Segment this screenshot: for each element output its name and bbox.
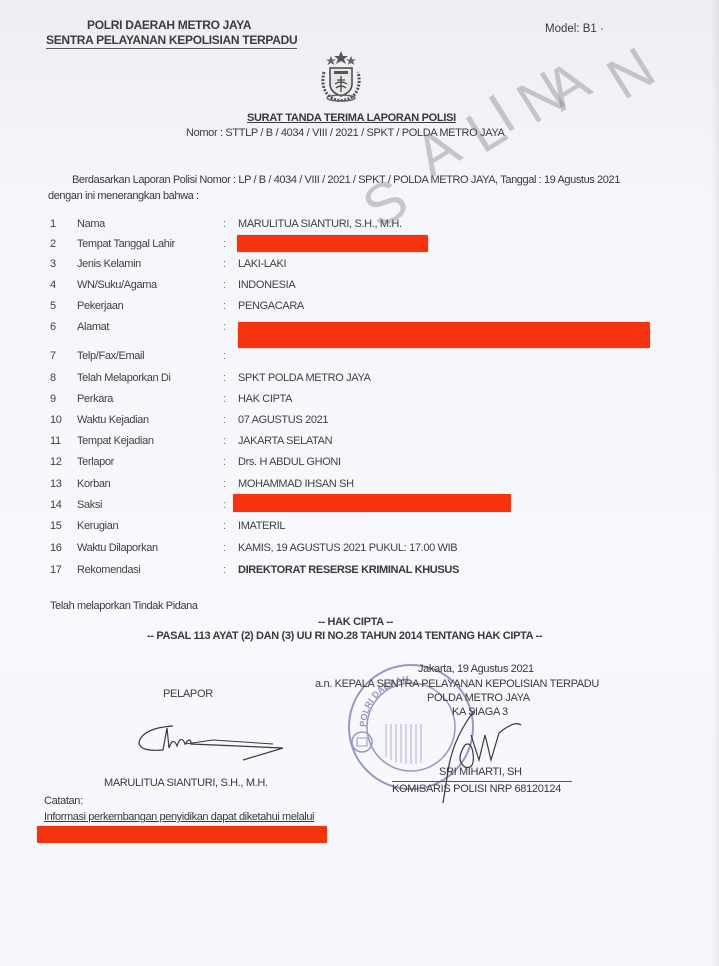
org-name-line1: POLRI DAERAH METRO JAYA bbox=[87, 18, 251, 32]
field-value: INDONESIA bbox=[238, 279, 295, 291]
field-row-tempat-kejadian: 11 Tempat Kejadian : JAKARTA SELATAN bbox=[0, 435, 719, 455]
field-value: MOHAMMAD IHSAN SH bbox=[238, 478, 354, 490]
field-value: PENGACARA bbox=[238, 300, 304, 312]
field-row-wn-suku-agama: 4 WN/Suku/Agama : INDONESIA bbox=[0, 279, 719, 299]
field-separator: : bbox=[223, 238, 226, 250]
field-value: IMATERIL bbox=[238, 520, 285, 532]
field-label: Saksi bbox=[77, 499, 102, 511]
redaction-bar-address bbox=[238, 322, 650, 348]
field-label: Telp/Fax/Email bbox=[77, 350, 144, 362]
watermark-letter: N bbox=[595, 34, 666, 113]
field-number: 17 bbox=[50, 564, 70, 576]
field-label: Kerugian bbox=[77, 520, 118, 532]
field-value: LAKI-LAKI bbox=[238, 258, 286, 270]
field-label: Rekomendasi bbox=[77, 564, 140, 576]
offense-intro: Telah melaporkan Tindak Pidana bbox=[50, 600, 198, 612]
field-separator: : bbox=[223, 414, 226, 426]
officer-rank: KOMISARIS POLISI NRP 68120124 bbox=[392, 781, 572, 795]
offense-type: -- HAK CIPTA -- bbox=[318, 616, 393, 628]
officer-name: SRI MIHARTI, SH bbox=[439, 766, 522, 778]
field-row-perkara: 9 Perkara : HAK CIPTA bbox=[0, 393, 719, 413]
redaction-bar-witness bbox=[233, 494, 511, 512]
field-number: 16 bbox=[50, 542, 70, 554]
field-row-telp-fax-email: 7 Telp/Fax/Email : bbox=[0, 350, 719, 370]
field-number: 4 bbox=[50, 279, 70, 291]
reporter-name: MARULITUA SIANTURI, S.H., M.H. bbox=[104, 777, 268, 789]
field-row-terlapor: 12 Terlapor : Drs. H ABDUL GHONI bbox=[0, 456, 719, 476]
field-number: 7 bbox=[50, 350, 70, 362]
field-separator: : bbox=[223, 542, 226, 554]
field-label: Perkara bbox=[77, 393, 113, 405]
field-row-jenis-kelamin: 3 Jenis Kelamin : LAKI-LAKI bbox=[0, 258, 719, 278]
field-separator: : bbox=[223, 321, 226, 333]
field-value: 07 AGUSTUS 2021 bbox=[238, 414, 328, 426]
field-separator: : bbox=[223, 499, 226, 511]
field-number: 1 bbox=[50, 218, 70, 230]
offense-article: -- PASAL 113 AYAT (2) DAN (3) UU RI NO.2… bbox=[147, 630, 542, 642]
field-value: SPKT POLDA METRO JAYA bbox=[238, 372, 371, 384]
field-value: KAMIS, 19 AGUSTUS 2021 PUKUL: 17.00 WIB bbox=[238, 542, 457, 554]
document-page: POLRI DAERAH METRO JAYA SENTRA PELAYANAN… bbox=[0, 0, 719, 966]
field-separator: : bbox=[223, 258, 226, 270]
unit-name: POLDA METRO JAYA bbox=[427, 692, 530, 704]
field-separator: : bbox=[223, 300, 226, 312]
field-number: 2 bbox=[50, 238, 70, 250]
field-number: 11 bbox=[50, 435, 70, 447]
field-label: Tempat Tanggal Lahir bbox=[77, 238, 175, 250]
field-label: Nama bbox=[77, 218, 105, 230]
field-number: 10 bbox=[50, 414, 70, 426]
field-separator: : bbox=[223, 393, 226, 405]
field-label: Terlapor bbox=[77, 456, 114, 468]
field-number: 13 bbox=[50, 478, 70, 490]
field-row-telah-melaporkan-di: 8 Telah Melaporkan Di : SPKT POLDA METRO… bbox=[0, 372, 719, 392]
field-label: Waktu Kejadian bbox=[77, 414, 149, 426]
field-row-kerugian: 15 Kerugian : IMATERIL bbox=[0, 520, 719, 540]
field-value: HAK CIPTA bbox=[238, 393, 292, 405]
field-value: DIREKTORAT RESERSE KRIMINAL KHUSUS bbox=[238, 564, 459, 576]
document-number: Nomor : STTLP / B / 4034 / VIII / 2021 /… bbox=[186, 127, 505, 139]
on-behalf-title: a.n. KEPALA SENTRA PELAYANAN KEPOLISIAN … bbox=[315, 678, 599, 690]
field-row-waktu-kejadian: 10 Waktu Kejadian : 07 AGUSTUS 2021 bbox=[0, 414, 719, 434]
org-name-line2: SENTRA PELAYANAN KEPOLISIAN TERPADU bbox=[46, 33, 297, 49]
field-separator: : bbox=[223, 218, 226, 230]
field-number: 9 bbox=[50, 393, 70, 405]
field-separator: : bbox=[223, 478, 226, 490]
field-number: 14 bbox=[50, 499, 70, 511]
field-label: Pekerjaan bbox=[77, 300, 123, 312]
field-label: Tempat Kejadian bbox=[77, 435, 154, 447]
field-label: Alamat bbox=[77, 321, 109, 333]
place-date: Jakarta, 19 Agustus 2021 bbox=[418, 663, 534, 675]
redaction-bar-notes bbox=[37, 826, 327, 843]
reporter-label: PELAPOR bbox=[163, 688, 213, 700]
field-separator: : bbox=[223, 520, 226, 532]
field-separator: : bbox=[223, 435, 226, 447]
field-separator: : bbox=[223, 350, 226, 362]
field-separator: : bbox=[223, 564, 226, 576]
reporter-signature-icon bbox=[133, 718, 293, 763]
field-label: WN/Suku/Agama bbox=[77, 279, 157, 291]
field-label: Korban bbox=[77, 478, 110, 490]
field-number: 6 bbox=[50, 321, 70, 333]
field-row-pekerjaan: 5 Pekerjaan : PENGACARA bbox=[0, 300, 719, 320]
intro-text: Berdasarkan Laporan Polisi Nomor : LP / … bbox=[72, 174, 620, 186]
field-number: 12 bbox=[50, 456, 70, 468]
field-value: JAKARTA SELATAN bbox=[238, 435, 332, 447]
field-row-rekomendasi: 17 Rekomendasi : DIREKTORAT RESERSE KRIM… bbox=[0, 564, 719, 584]
field-number: 8 bbox=[50, 372, 70, 384]
field-number: 15 bbox=[50, 520, 70, 532]
notes-label: Catatan: bbox=[44, 795, 83, 807]
field-value: Drs. H ABDUL GHONI bbox=[238, 456, 341, 468]
field-number: 5 bbox=[50, 300, 70, 312]
notes-text: Informasi perkembangan penyidikan dapat … bbox=[44, 811, 314, 823]
field-row-waktu-dilaporkan: 16 Waktu Dilaporkan : KAMIS, 19 AGUSTUS … bbox=[0, 542, 719, 562]
field-number: 3 bbox=[50, 258, 70, 270]
field-separator: : bbox=[223, 372, 226, 384]
field-separator: : bbox=[223, 279, 226, 291]
field-label: Telah Melaporkan Di bbox=[77, 372, 171, 384]
field-label: Jenis Kelamin bbox=[77, 258, 141, 270]
field-separator: : bbox=[223, 456, 226, 468]
polri-crest-icon bbox=[316, 50, 366, 104]
form-model-label: Model: B1 · bbox=[545, 23, 604, 35]
redaction-bar-birth bbox=[237, 235, 428, 252]
field-label: Waktu Dilaporkan bbox=[77, 542, 158, 554]
intro-text-continued: dengan ini menerangkan bahwa : bbox=[48, 190, 199, 202]
